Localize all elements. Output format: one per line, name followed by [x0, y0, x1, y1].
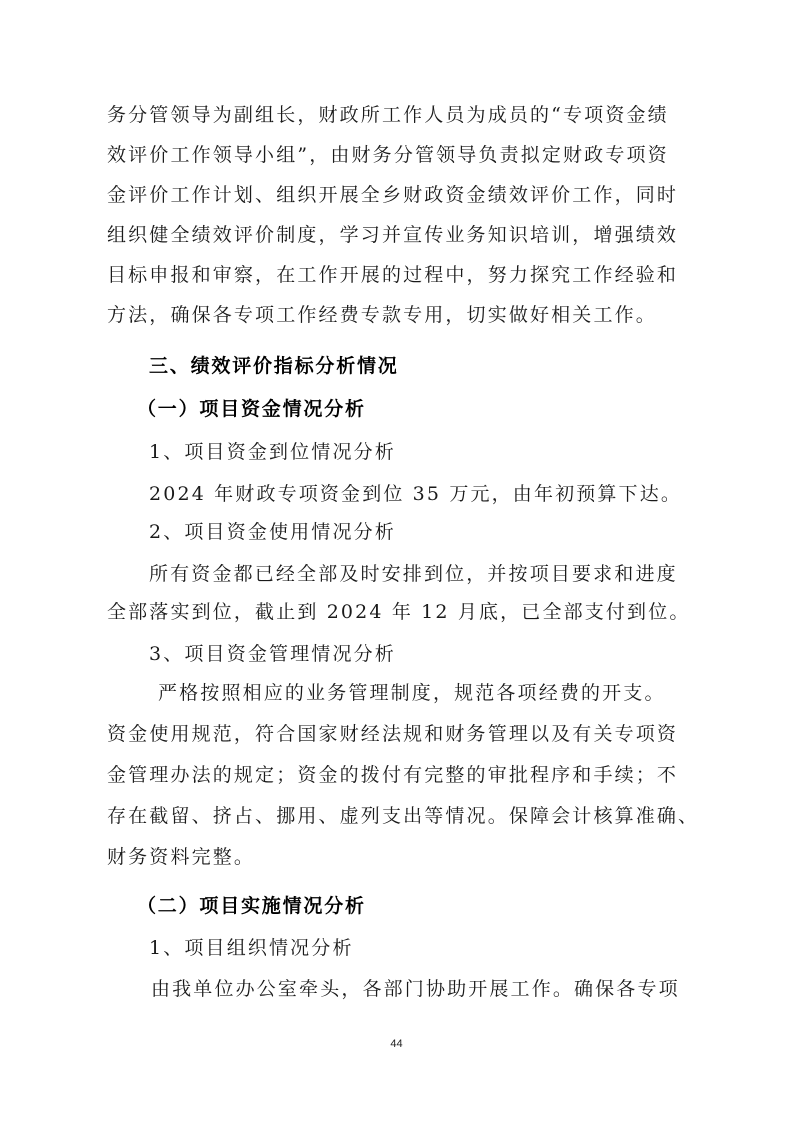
paragraph-line: 资金使用规范，符合国家财经法规和财务管理以及有关专项资	[107, 722, 678, 746]
subsection-heading: （二）项目实施情况分析	[137, 894, 366, 918]
paragraph-line: 2024 年财政专项资金到位 35 万元，由年初预算下达。	[149, 482, 682, 506]
item-heading: 3、项目资金管理情况分析	[149, 642, 396, 666]
item-heading: 1、项目组织情况分析	[149, 936, 354, 960]
item-heading: 1、项目资金到位情况分析	[149, 440, 396, 464]
paragraph-line: 方法，确保各专项工作经费专款专用，切实做好相关工作。	[107, 303, 657, 327]
paragraph-line: 严格按照相应的业务管理制度，规范各项经费的开支。	[158, 681, 666, 705]
paragraph-line: 财务资料完整。	[107, 845, 255, 869]
paragraph-line: 效评价工作领导小组”，由财务分管领导负责拟定财政专项资	[107, 143, 669, 167]
paragraph-line: 所有资金都已经全部及时安排到位，并按项目要求和进度	[149, 562, 678, 586]
document-page: 务分管领导为副组长，财政所工作人员为成员的“专项资金绩 效评价工作领导小组”，由…	[0, 0, 793, 1122]
paragraph-line: 目标申报和审察，在工作开展的过程中，努力探究工作经验和	[107, 263, 678, 287]
item-heading: 2、项目资金使用情况分析	[149, 520, 396, 544]
paragraph-line: 全部落实到位，截止到 2024 年 12 月底，已全部支付到位。	[107, 600, 691, 624]
section-heading: 三、绩效评价指标分析情况	[149, 354, 399, 378]
page-number: 44	[0, 1038, 793, 1050]
subsection-heading: （一）项目资金情况分析	[137, 397, 366, 421]
paragraph-line: 存在截留、挤占、挪用、虚列支出等情况。保障会计核算准确、	[107, 804, 699, 828]
paragraph-line: 金管理办法的规定；资金的拨付有完整的审批程序和手续；不	[107, 763, 678, 787]
paragraph-line: 由我单位办公室牵头，各部门协助开展工作。确保各专项	[151, 977, 680, 1001]
paragraph-line: 务分管领导为副组长，财政所工作人员为成员的“专项资金绩	[107, 103, 669, 127]
paragraph-line: 金评价工作计划、组织开展全乡财政资金绩效评价工作，同时	[107, 183, 678, 207]
paragraph-line: 组织健全绩效评价制度，学习并宣传业务知识培训，增强绩效	[107, 223, 678, 247]
